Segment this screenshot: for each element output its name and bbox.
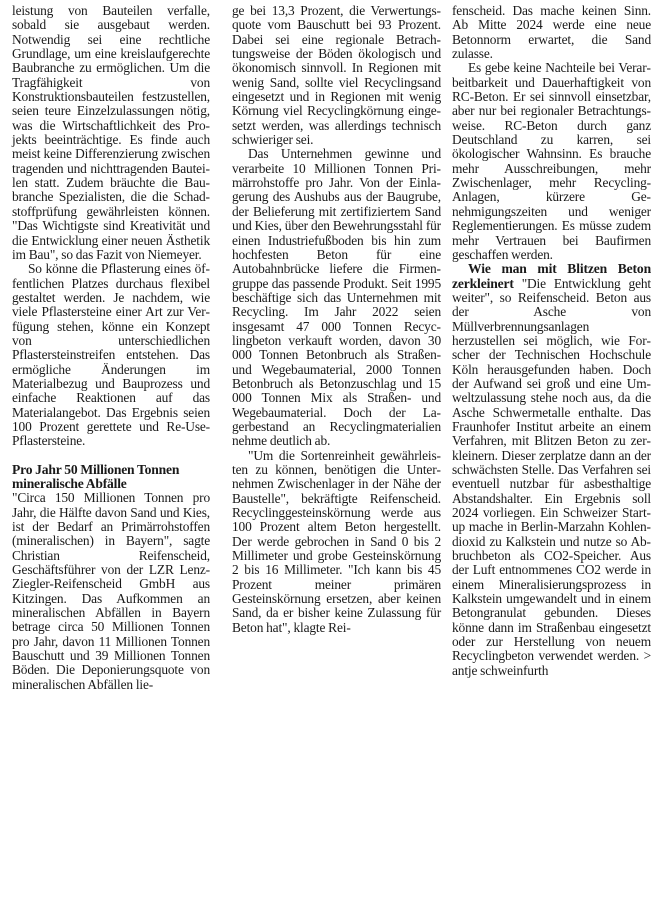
paragraph: ge bei 13,3 Prozent, die Verwertungs­quo… [232,4,441,147]
section-subheading: Pro Jahr 50 Millionen Tonnen mineralisch… [12,463,210,492]
newspaper-page: leistung von Bauteilen verfalle, sobald … [0,0,663,901]
paragraph: fenscheid. Das mache keinen Sinn. Ab Mit… [452,4,651,61]
paragraph: "Um die Sortenreinheit gewährleis­ten zu… [232,449,441,635]
article-column-2: ge bei 13,3 Prozent, die Verwertungs­quo… [232,4,441,635]
article-column-1: leistung von Bauteilen verfalle, sobald … [12,4,210,692]
paragraph: leistung von Bauteilen verfalle, sobald … [12,4,210,262]
paragraph-with-inline-heading: Wie man mit Blitzen Beton zerkleinert "D… [452,262,651,678]
paragraph-text: "Die Entwicklung geht weiter", so Reifen… [452,276,651,678]
article-column-3: fenscheid. Das mache keinen Sinn. Ab Mit… [452,4,651,678]
paragraph: "Circa 150 Millionen Tonnen pro Jahr, di… [12,491,210,692]
paragraph: Das Unternehmen gewinne und verarbeite 1… [232,147,441,448]
paragraph: Es gebe keine Nachteile bei Verar­beitba… [452,61,651,262]
paragraph: So könne die Pflasterung eines öf­fentli… [12,262,210,448]
